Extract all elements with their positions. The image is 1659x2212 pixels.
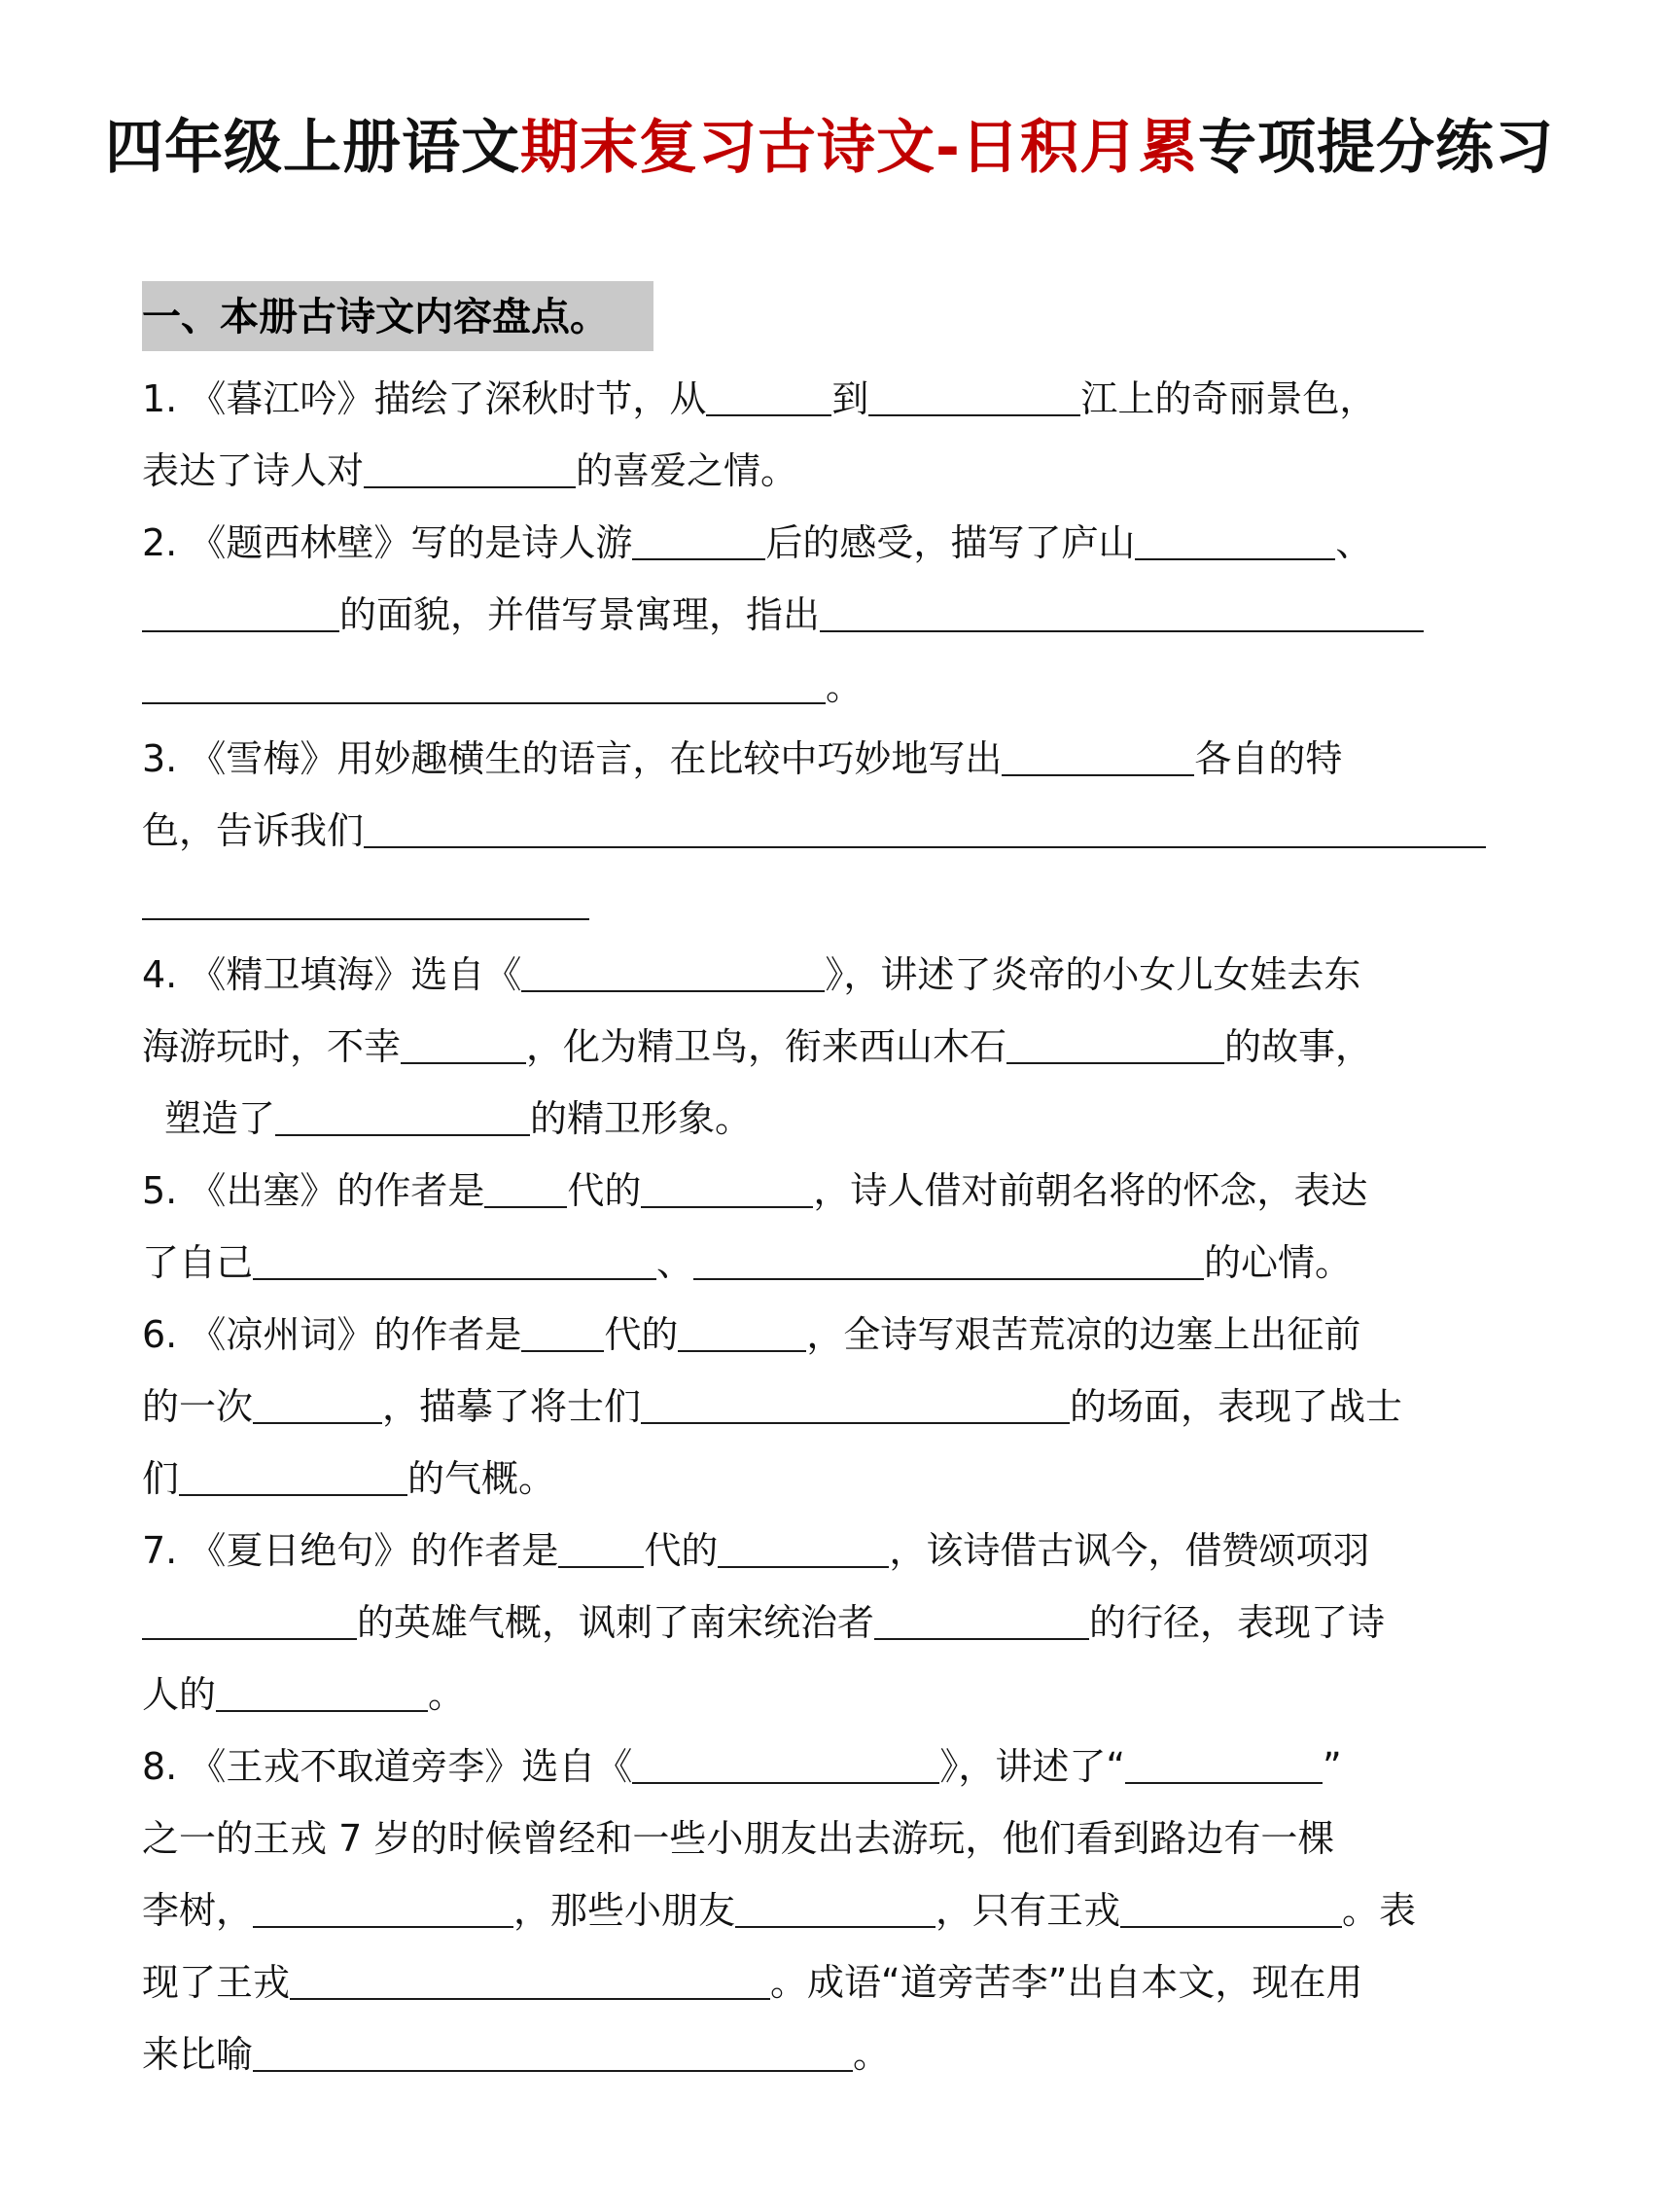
page-title: 四年级上册语文期末复习古诗文-日积月累专项提分练习 — [0, 109, 1659, 187]
worksheet-line: 的英雄气概，讽刺了南宋统治者的行径，表现了诗 — [142, 1593, 1385, 1652]
fill-in-blank[interactable] — [253, 1377, 382, 1424]
fill-in-blank[interactable] — [735, 1881, 935, 1928]
question-text: 的精卫形象。 — [530, 1089, 752, 1148]
worksheet-line: 8. 《王戎不取道旁李》选自《》，讲述了“” — [142, 1737, 1342, 1796]
question-text: 4. 《精卫填海》选自《 — [142, 945, 521, 1004]
fill-in-blank[interactable] — [142, 586, 339, 632]
worksheet-line: 现了王戎。成语“道旁苦李”出自本文，现在用 — [142, 1953, 1362, 2012]
worksheet-line: 来比喻。 — [142, 2025, 890, 2084]
worksheet-line: 李树，，那些小朋友，只有王戎。表 — [142, 1881, 1416, 1940]
question-text: 李树， — [142, 1881, 253, 1940]
fill-in-blank[interactable] — [868, 370, 1080, 416]
worksheet-line: 5. 《出塞》的作者是代的，诗人借对前朝名将的怀念，表达 — [142, 1161, 1367, 1220]
question-text: 们 — [142, 1449, 179, 1508]
question-text: 之一的王戎 7 岁的时候曾经和一些小朋友出去游玩，他们看到路边有一棵 — [142, 1809, 1334, 1868]
question-text: 人的 — [142, 1665, 216, 1724]
question-text: 、 — [656, 1233, 693, 1292]
question-text: 来比喻 — [142, 2025, 253, 2084]
fill-in-blank[interactable] — [641, 1377, 1070, 1424]
fill-in-blank[interactable] — [1120, 1881, 1342, 1928]
fill-in-blank[interactable] — [874, 1593, 1089, 1640]
worksheet-line: 塑造了的精卫形象。 — [164, 1089, 752, 1148]
question-text: 。 — [853, 2025, 890, 2084]
fill-in-blank[interactable] — [484, 1161, 567, 1208]
worksheet-line — [142, 874, 589, 932]
title-highlight: 期末复习古诗文-日积月累 — [520, 114, 1198, 182]
fill-in-blank[interactable] — [521, 1305, 604, 1352]
fill-in-blank[interactable] — [1125, 1737, 1323, 1784]
worksheet-line: 2. 《题西林壁》写的是诗人游后的感受，描写了庐山、 — [142, 514, 1372, 572]
fill-in-blank[interactable] — [364, 442, 576, 488]
section-heading: 一、本册古诗文内容盘点。 — [142, 288, 609, 346]
question-text: ，只有王戎 — [935, 1881, 1120, 1940]
question-text: 、 — [1335, 514, 1372, 572]
title-suffix: 专项提分练习 — [1198, 114, 1554, 182]
fill-in-blank[interactable] — [253, 1881, 513, 1928]
fill-in-blank[interactable] — [706, 370, 831, 416]
worksheet-line: 的一次，描摹了将士们的场面，表现了战士 — [142, 1377, 1402, 1436]
fill-in-blank[interactable] — [632, 514, 765, 560]
worksheet-line: 们的气概。 — [142, 1449, 555, 1508]
question-text: 各自的特 — [1194, 730, 1342, 788]
question-text: 了自己 — [142, 1233, 253, 1292]
fill-in-blank[interactable] — [641, 1161, 813, 1208]
question-text: 的心情。 — [1204, 1233, 1352, 1292]
question-text: 的面貌，并借写景寓理，指出 — [339, 586, 820, 644]
worksheet-line: 海游玩时，不幸，化为精卫鸟，衔来西山木石的故事， — [142, 1017, 1372, 1076]
question-text: 代的 — [567, 1161, 641, 1220]
worksheet-line: 7. 《夏日绝句》的作者是代的，该诗借古讽今，借赞颂项羽 — [142, 1521, 1369, 1580]
question-text: 代的 — [604, 1305, 678, 1364]
question-text: ，全诗写艰苦荒凉的边塞上出征前 — [806, 1305, 1360, 1364]
fill-in-blank[interactable] — [142, 1593, 357, 1640]
fill-in-blank[interactable] — [290, 1953, 770, 2000]
fill-in-blank[interactable] — [718, 1521, 889, 1568]
question-text: 塑造了 — [164, 1089, 275, 1148]
question-text: 色，告诉我们 — [142, 802, 364, 860]
fill-in-blank[interactable] — [632, 1737, 939, 1784]
question-text: 的气概。 — [407, 1449, 555, 1508]
fill-in-blank[interactable] — [401, 1017, 526, 1064]
worksheet-line: 1. 《暮江吟》描绘了深秋时节，从到江上的奇丽景色， — [142, 370, 1376, 428]
question-text: 。 — [428, 1665, 465, 1724]
question-text: 5. 《出塞》的作者是 — [142, 1161, 484, 1220]
question-text: ，该诗借古讽今，借赞颂项羽 — [889, 1521, 1369, 1580]
fill-in-blank[interactable] — [1135, 514, 1335, 560]
fill-in-blank[interactable] — [820, 586, 1424, 632]
worksheet-line: 6. 《凉州词》的作者是代的，全诗写艰苦荒凉的边塞上出征前 — [142, 1305, 1360, 1364]
fill-in-blank[interactable] — [1002, 730, 1194, 776]
question-text: 8. 《王戎不取道旁李》选自《 — [142, 1737, 632, 1796]
question-text: 现了王戎 — [142, 1953, 290, 2012]
worksheet-line: 了自己、的心情。 — [142, 1233, 1352, 1292]
worksheet-line: 人的。 — [142, 1665, 465, 1724]
question-text: 7. 《夏日绝句》的作者是 — [142, 1521, 558, 1580]
worksheet-line: 的面貌，并借写景寓理，指出 — [142, 586, 1424, 644]
question-text: 的英雄气概，讽刺了南宋统治者 — [357, 1593, 874, 1652]
fill-in-blank[interactable] — [693, 1233, 1204, 1280]
question-text: 的场面，表现了战士 — [1070, 1377, 1402, 1436]
fill-in-blank[interactable] — [521, 945, 825, 992]
fill-in-blank[interactable] — [275, 1089, 530, 1136]
question-text: 的喜爱之情。 — [576, 442, 797, 500]
fill-in-blank[interactable] — [1006, 1017, 1224, 1064]
worksheet-line: 4. 《精卫填海》选自《》，讲述了炎帝的小女儿女娃去东 — [142, 945, 1360, 1004]
question-text: 2. 《题西林壁》写的是诗人游 — [142, 514, 632, 572]
question-text: ，描摹了将士们 — [382, 1377, 641, 1436]
question-text: 的行径，表现了诗 — [1089, 1593, 1385, 1652]
question-text: 6. 《凉州词》的作者是 — [142, 1305, 521, 1364]
title-grade: 四年级上册语文 — [105, 114, 520, 182]
fill-in-blank[interactable] — [678, 1305, 806, 1352]
worksheet-line: 3. 《雪梅》用妙趣横生的语言，在比较中巧妙地写出各自的特 — [142, 730, 1342, 788]
question-text: 1. 《暮江吟》描绘了深秋时节，从 — [142, 370, 706, 428]
worksheet-line: 。 — [142, 658, 863, 716]
fill-in-blank[interactable] — [558, 1521, 644, 1568]
question-text: 海游玩时，不幸 — [142, 1017, 401, 1076]
fill-in-blank[interactable] — [142, 658, 826, 704]
question-text: 。成语“道旁苦李”出自本文，现在用 — [770, 1953, 1362, 2012]
fill-in-blank[interactable] — [216, 1665, 428, 1712]
question-text: 。 — [826, 658, 863, 716]
question-text: ，化为精卫鸟，衔来西山木石 — [526, 1017, 1006, 1076]
fill-in-blank[interactable] — [179, 1449, 407, 1496]
question-text: ” — [1323, 1737, 1342, 1796]
worksheet-line: 之一的王戎 7 岁的时候曾经和一些小朋友出去游玩，他们看到路边有一棵 — [142, 1809, 1334, 1868]
question-text: 的故事， — [1224, 1017, 1372, 1076]
question-text: ，诗人借对前朝名将的怀念，表达 — [813, 1161, 1367, 1220]
question-text: 》，讲述了“ — [939, 1737, 1125, 1796]
question-text: 代的 — [644, 1521, 718, 1580]
question-text: 的一次 — [142, 1377, 253, 1436]
question-text: 。表 — [1342, 1881, 1416, 1940]
fill-in-blank[interactable] — [253, 2025, 853, 2072]
question-text: 》，讲述了炎帝的小女儿女娃去东 — [825, 945, 1360, 1004]
worksheet-line: 表达了诗人对的喜爱之情。 — [142, 442, 797, 500]
fill-in-blank[interactable] — [253, 1233, 656, 1280]
fill-in-blank[interactable] — [364, 802, 1486, 848]
fill-in-blank[interactable] — [142, 874, 589, 920]
question-text: 表达了诗人对 — [142, 442, 364, 500]
question-text: 到 — [831, 370, 868, 428]
question-text: ，那些小朋友 — [513, 1881, 735, 1940]
question-text: 3. 《雪梅》用妙趣横生的语言，在比较中巧妙地写出 — [142, 730, 1002, 788]
question-text: 后的感受，描写了庐山 — [765, 514, 1135, 572]
worksheet-line: 色，告诉我们 — [142, 802, 1486, 860]
question-text: 江上的奇丽景色， — [1080, 370, 1376, 428]
